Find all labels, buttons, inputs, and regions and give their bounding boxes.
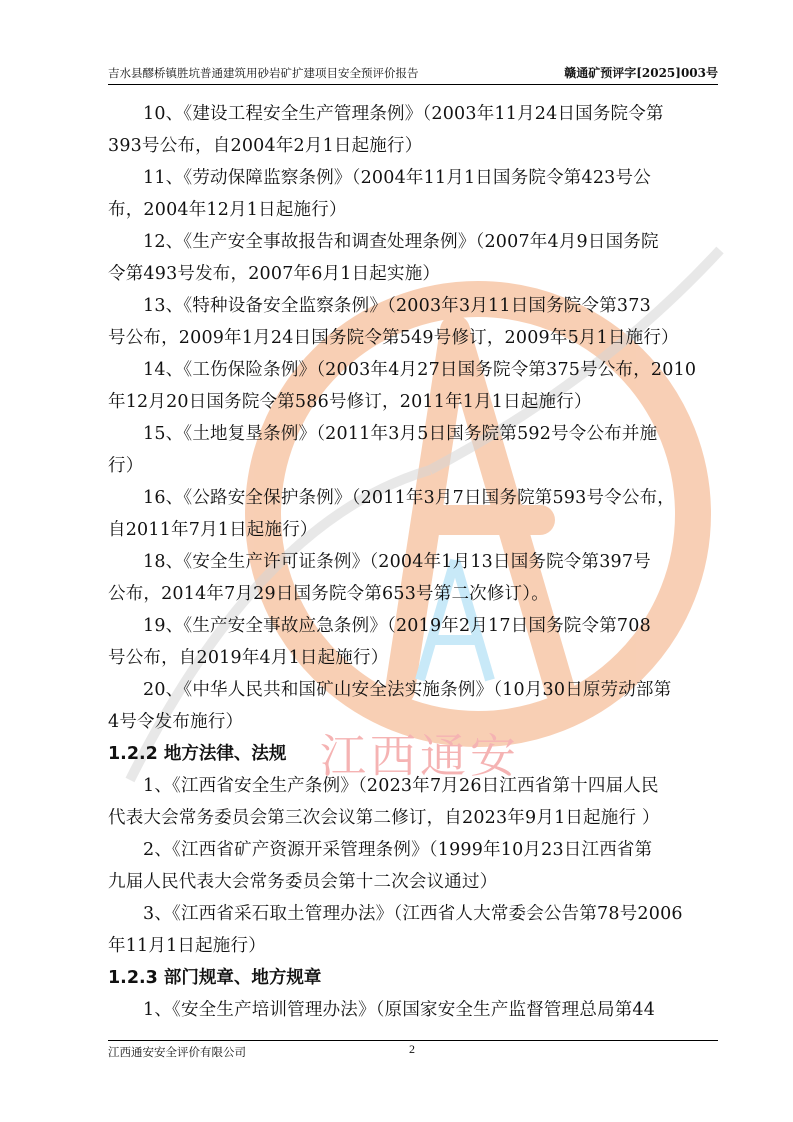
regulation-item-continuation: 号公布，自2019年4月1日起施行） bbox=[108, 642, 720, 674]
regulation-item: 16、《公路安全保护条例》（2011年3月7日国务院第593号令公布， bbox=[108, 482, 720, 514]
regulation-item: 10、《建设工程安全生产管理条例》（2003年11月24日国务院令第 bbox=[108, 98, 720, 130]
regulation-item-continuation: 年11月1日起施行） bbox=[108, 930, 720, 962]
regulation-item: 15、《土地复垦条例》（2011年3月5日国务院第592号令公布并施 bbox=[108, 418, 720, 450]
regulation-item: 20、《中华人民共和国矿山安全法实施条例》（10月30日原劳动部第 bbox=[108, 674, 720, 706]
regulation-item-continuation: 号公布，2009年1月24日国务院令第549号修订，2009年5月1日施行） bbox=[108, 322, 720, 354]
regulation-item: 1、《安全生产培训管理办法》（原国家安全生产监督管理总局第44 bbox=[108, 994, 720, 1026]
regulation-item: 18、《安全生产许可证条例》（2004年1月13日国务院令第397号 bbox=[108, 546, 720, 578]
regulation-item-continuation: 行） bbox=[108, 450, 720, 482]
regulation-item: 3、《江西省采石取土管理办法》（江西省人大常委会公告第78号2006 bbox=[108, 898, 720, 930]
page-footer: 江西通安安全评价有限公司 2 bbox=[108, 1040, 718, 1061]
section-heading: 1.2.3 部门规章、地方规章 bbox=[108, 962, 720, 994]
regulation-item-continuation: 年12月20日国务院令第586号修订，2011年1月1日起施行） bbox=[108, 386, 720, 418]
document-page: 吉水县醪桥镇胜坑普通建筑用砂岩矿扩建项目安全预评价报告 赣通矿预评字[2025]… bbox=[0, 0, 793, 1122]
document-number: 赣通矿预评字[2025]003号 bbox=[564, 64, 718, 82]
page-header: 吉水县醪桥镇胜坑普通建筑用砂岩矿扩建项目安全预评价报告 赣通矿预评字[2025]… bbox=[108, 64, 718, 85]
section-heading: 1.2.2 地方法律、法规 bbox=[108, 738, 720, 770]
regulation-item: 14、《工伤保险条例》（2003年4月27日国务院令第375号公布，2010 bbox=[108, 354, 720, 386]
regulation-item-continuation: 代表大会常务委员会第三次会议第二修订，自2023年9月1日起施行 ） bbox=[108, 802, 720, 834]
regulation-item-continuation: 九届人民代表大会常务委员会第十二次会议通过） bbox=[108, 866, 720, 898]
regulation-item: 11、《劳动保障监察条例》（2004年11月1日国务院令第423号公 bbox=[108, 162, 720, 194]
regulation-item-continuation: 公布，2014年7月29日国务院令第653号第二次修订）。 bbox=[108, 578, 720, 610]
regulation-item: 2、《江西省矿产资源开采管理条例》（1999年10月23日江西省第 bbox=[108, 834, 720, 866]
regulation-item-continuation: 布，2004年12月1日起施行） bbox=[108, 194, 720, 226]
regulation-item: 13、《特种设备安全监察条例》（2003年3月11日国务院令第373 bbox=[108, 290, 720, 322]
regulation-item: 12、《生产安全事故报告和调查处理条例》（2007年4月9日国务院 bbox=[108, 226, 720, 258]
regulation-item-continuation: 令第493号发布，2007年6月1日起实施） bbox=[108, 258, 720, 290]
footer-company: 江西通安安全评价有限公司 bbox=[108, 1044, 246, 1060]
regulation-item: 1、《江西省安全生产条例》（2023年7月26日江西省第十四届人民 bbox=[108, 770, 720, 802]
report-title: 吉水县醪桥镇胜坑普通建筑用砂岩矿扩建项目安全预评价报告 bbox=[108, 64, 419, 82]
regulation-item-continuation: 393号公布，自2004年2月1日起施行） bbox=[108, 130, 720, 162]
regulation-item: 19、《生产安全事故应急条例》（2019年2月17日国务院令第708 bbox=[108, 610, 720, 642]
regulation-item-continuation: 4号令发布施行） bbox=[108, 706, 720, 738]
regulation-item-continuation: 自2011年7月1日起施行） bbox=[108, 514, 720, 546]
document-body: 10、《建设工程安全生产管理条例》（2003年11月24日国务院令第393号公布… bbox=[108, 98, 720, 1026]
page-number: 2 bbox=[409, 1042, 415, 1057]
